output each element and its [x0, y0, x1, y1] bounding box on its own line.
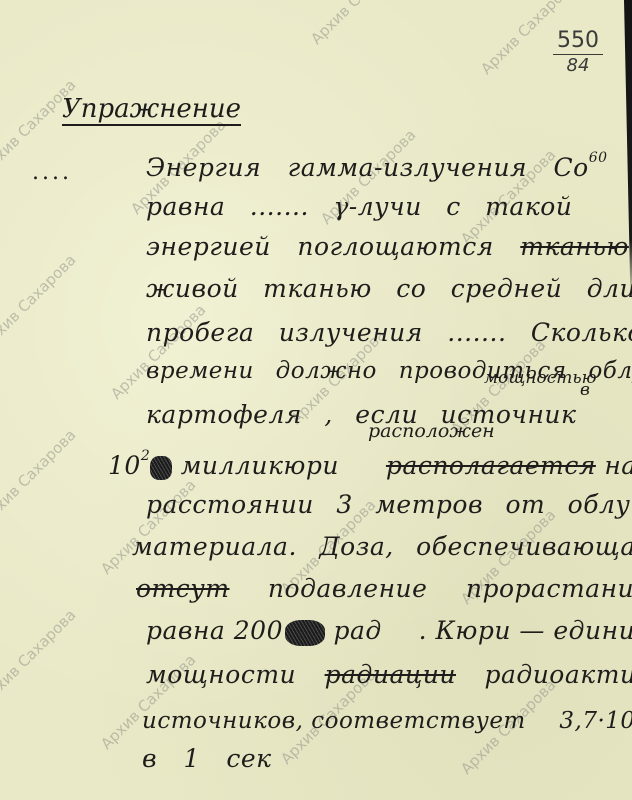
line-text: материала. Доза, обеспечивающая [132, 532, 632, 561]
line-text: живой тканью со средней длиной [146, 274, 632, 303]
line-text: в 1 сек [142, 744, 272, 773]
struck-text: тканью [520, 232, 629, 261]
line-text: равна ....... γ-лучи с такой [146, 192, 572, 221]
text-line: отсут подавление прорастания, [136, 574, 632, 603]
inserted-word: расположен [368, 420, 495, 442]
page-number: 550 84 [553, 28, 603, 76]
superscript: 2 [141, 448, 150, 464]
text-line: мощности радиации радиоактивных [146, 660, 632, 689]
unit: рад [333, 616, 381, 645]
scribbled-out [285, 620, 325, 646]
text-line: Энергия гамма-излучения Co60 [146, 150, 608, 182]
page-number-top: 550 [553, 28, 603, 55]
struck-text: располагается [386, 451, 596, 480]
line-text: Энергия гамма-излучения Co [146, 153, 589, 182]
text-line: энергией поглощаются тканью [146, 232, 629, 261]
page-title: Упражнение [62, 94, 241, 126]
text-line: расстоянии 3 метров от облучаемого [146, 490, 632, 519]
struck-text: радиации [325, 660, 456, 689]
number: 10 [108, 451, 141, 480]
text-line: источников, соответствует 3,7·1010 распа… [142, 702, 632, 734]
text-line: картофеля , если источник [146, 400, 576, 429]
text-line: в 1 сек [142, 744, 272, 773]
watermark: Архив Сахарова [0, 426, 79, 528]
text-line: пробега излучения ....... Сколько [146, 318, 632, 347]
inserted-word: в [580, 380, 590, 400]
watermark: Архив Сахарова [0, 251, 79, 353]
line-text: радиоактивных [484, 660, 632, 689]
text-line: материала. Доза, обеспечивающая [132, 532, 632, 561]
line-text: источников, соответствует [142, 708, 526, 734]
margin-dots: .... [32, 160, 72, 185]
line-text: милликюри [181, 451, 339, 480]
manuscript-page: Архив Сахарова Архив Сахарова Архив Саха… [0, 0, 632, 800]
line-text: мощности [146, 660, 296, 689]
line-text: расстоянии 3 метров от облучаемого [146, 490, 632, 519]
line-text: подавление прорастания, [268, 574, 632, 603]
number: 3,7·10 [559, 708, 632, 734]
scribbled-out [150, 456, 172, 480]
superscript: 60 [589, 150, 608, 166]
line-text: картофеля , если источник [146, 400, 576, 429]
watermark: Архив Сахарова [0, 606, 79, 708]
watermark: Архив Сахарова [307, 0, 409, 48]
text-line: равна 200 рад . Кюри — единица [146, 616, 632, 646]
text-line: равна ....... γ-лучи с такой [146, 192, 572, 221]
line-text: . Кюри — единица [419, 616, 632, 645]
struck-text: отсут [136, 574, 229, 603]
text-line: живой тканью со средней длиной [146, 274, 632, 303]
page-number-bottom: 84 [553, 55, 603, 76]
line-text: на [604, 451, 632, 480]
line-text: равна 200 [146, 616, 283, 645]
text-line: 102 милликюри располагается на [108, 448, 632, 480]
line-text: энергией поглощаются [146, 232, 494, 261]
watermark: Архив Сахарова [107, 301, 209, 403]
line-text: пробега излучения ....... Сколько [146, 318, 632, 347]
